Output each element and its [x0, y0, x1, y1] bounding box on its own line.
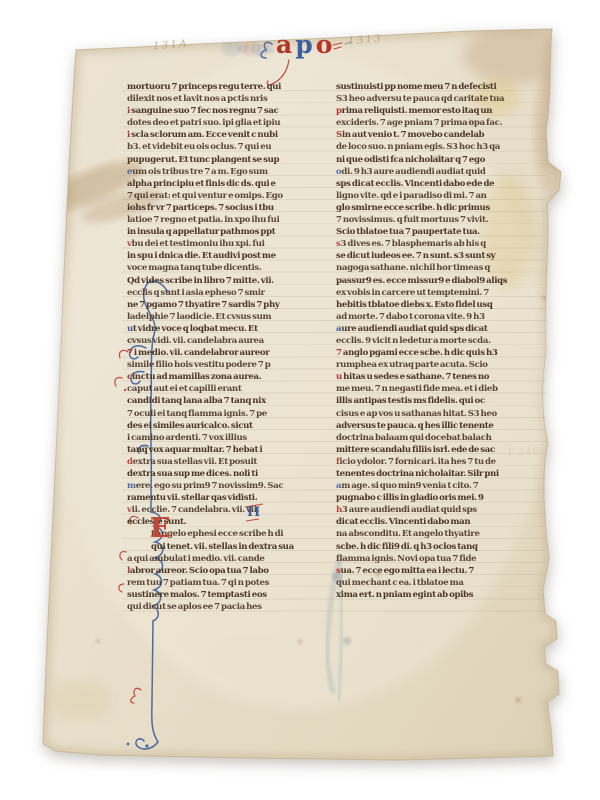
text-line: xima ert. n pniam egint ab opibs — [336, 589, 528, 601]
text-line: hebitis tblatoe diebs x. Esto fidel usq — [336, 299, 528, 311]
text-line: des ei similes auricalco. sicut — [127, 420, 331, 432]
text-line: mortuoru 7 princeps regu terre. qui — [127, 81, 331, 93]
text-line: labror aureor. Scio opa tua 7 labo — [127, 565, 331, 577]
text-line: passur9 es. ecce missur9 e diabol9 aliqs — [336, 275, 528, 287]
text-line: scbe. h dic fili9 di. q h3 oclos tanq — [336, 541, 528, 553]
text-line: ex vobis in carcere ut temptemini. 7 — [336, 287, 528, 299]
header-letter: p — [295, 30, 312, 60]
text-line: b3. et videbit eu ois oclus. 7 qui eu — [127, 141, 331, 153]
text-line: sustinuisti pp nome meu 7 n defecisti — [336, 81, 528, 93]
text-column-right: sustinuisti pp nome meu 7 n defecistiS3 … — [336, 81, 528, 601]
text-line: qui dicut se aplos ee 7 pacia hes — [127, 601, 331, 613]
text-line: dilexit nos et lavit nos a pctis nris — [127, 93, 331, 105]
folio-inscription: F 146 — [508, 446, 540, 457]
chapter-numeral: II — [247, 505, 261, 520]
text-line: 7 qui erat: et qui ventur e omips. Ego — [127, 190, 331, 202]
text-line: i scla sclorum am. Ecce venit c nubi — [127, 129, 331, 141]
text-line: nagoga sathane. nichil hor timeas q — [336, 262, 528, 274]
text-line: rem tuu 7 patiam tua. 7 qi n potes — [127, 577, 331, 589]
text-line: ne 7 pgamo 7 thyatire 7 sardis 7 phy — [127, 299, 331, 311]
header-showthrough-text: apo — [216, 38, 274, 60]
text-line: Qd vides scribe in libro 7 mitte. vii. — [127, 275, 331, 287]
text-line: flamma ignis. Novi opa tua 7 fide — [336, 553, 528, 565]
text-line: dotes deo et patri suo. ipi glia et ipiu — [127, 117, 331, 129]
text-line: tanq vox aquar multar. 7 hebat i — [127, 444, 331, 456]
text-line: s3 dives es. 7 blasphemaris ab his q — [336, 238, 528, 250]
text-line: i camino ardenti. 7 vox illius — [127, 432, 331, 444]
running-header: apo — [276, 30, 332, 60]
text-line: S3 heo adversu te pauca qd caritate tua — [336, 93, 528, 105]
text-line: ecclis q sunt i asia epheso 7 smir — [127, 287, 331, 299]
text-line: pugnabo c illis in gladio oris mei. 9 — [336, 492, 528, 504]
text-line: 7 novissimus. q fuit mortuus 7 vivit. — [336, 214, 528, 226]
text-line: doctrina balaam qui docebat balach — [336, 432, 528, 444]
text-line: me meu. 7 n negasti fide mea. et i dieb — [336, 383, 528, 395]
text-line: in insula q appellatur pathmos ppt — [127, 226, 331, 238]
text-line: h3 aure audiendi audiat quid sps — [336, 504, 528, 516]
text-line: dicat ecclis. Vincenti dabo man — [336, 516, 528, 528]
text-line: ut vidre voce q loqbat mecu. Et — [127, 323, 331, 335]
text-line: u hitas u sedes e sathane. 7 tenes no — [336, 371, 528, 383]
text-line: Sin aut venio t. 7 movebo candelab — [336, 129, 528, 141]
text-line: vbu dei et testimoniu ihu xpi. fui — [127, 238, 331, 250]
text-line: am age. si quo min9 venia t cito. 7 — [336, 480, 528, 492]
text-line: tenentes doctrina nicholaitar. Silr pni — [336, 468, 528, 480]
text-line: sustinere malos. 7 temptasti eos — [127, 589, 331, 601]
text-line: caput aut ei et capilli erant — [127, 383, 331, 395]
text-line: glo smirne ecce scribe. h dic primus — [336, 202, 528, 214]
header-letter: a — [276, 30, 292, 60]
text-line: 7 oculi ei tanq flamma ignis. 7 pe — [127, 408, 331, 420]
text-line: in spu i dnica die. Et audivi post me — [127, 250, 331, 262]
text-line: Scio tblatoe tua 7 paupertate tua. — [336, 226, 528, 238]
text-line: de loco suo. n pniam egis. S3 hoc h3 qa — [336, 141, 528, 153]
text-line: excideris. 7 age pniam 7 prima opa fac. — [336, 117, 528, 129]
text-line: ecclis. 9 vicit n ledetur a morte scda. — [336, 335, 528, 347]
text-line: cisus e ap vos u sathanas hitat. S3 heo — [336, 408, 528, 420]
text-line: sps dicat ecclis. Vincenti dabo ede de — [336, 178, 528, 190]
text-line: ramentu vii. stellar qas vidisti. — [127, 492, 331, 504]
text-line: ficio ydolor. 7 fornicari. ita hes 7 tu … — [336, 456, 528, 468]
text-line: mittere scandalu filiis isrl. ede de sac — [336, 444, 528, 456]
text-line: simile filio hois vestitu podere 7 p — [127, 359, 331, 371]
header-left-mark: 131A — [153, 38, 189, 52]
text-line: eum ois tribus tre 7 a m. Ego sum — [127, 166, 331, 178]
text-line: voce magna tanq tube dicentis. — [127, 262, 331, 274]
photograph: apo 131A 1313 apo mortuoru 7 princeps re… — [0, 0, 600, 800]
text-line: pupugerut. Et tunc plangent se sup — [127, 154, 331, 166]
text-line: cinctu ad mamillas zona aurea. — [127, 371, 331, 383]
text-line: alpha principiu et finis dic ds. qui e — [127, 178, 331, 190]
text-line: ladelphie 7 laodicie. Et cvsus sum — [127, 311, 331, 323]
header-letter: o — [316, 30, 333, 60]
text-line: a qui ambulat i medio. vii. cande — [127, 553, 331, 565]
text-line: illis antipas testis ms fidelis. qui oc — [336, 395, 528, 407]
text-line: ad morte. 7 dabo t corona vite. 9 h3 — [336, 311, 528, 323]
text-line: prima reliquisti. memor esto itaq un — [336, 105, 528, 117]
text-line: sua. 7 ecce ego mitta ea i lectu. 7 — [336, 565, 528, 577]
text-line: 7 i medio. vii. candelabror aureor — [127, 347, 331, 359]
text-line: ni que odisti fca nicholaitar q 7 ego — [336, 154, 528, 166]
text-line: dextra sua stellas vii. Et posuit — [127, 456, 331, 468]
text-line: aure audiendi audiat quid sps dicat — [336, 323, 528, 335]
text-line: mere. ego su prim9 7 novissim9. Sac — [127, 480, 331, 492]
text-line: odi. 9 h3 aure audiendi audiat quid — [336, 166, 528, 178]
text-line: dextra sua sup me dices. noli ti — [127, 468, 331, 480]
decorated-initial: E — [150, 516, 171, 542]
text-line: rumphea ex utraq parte acuta. Scio — [336, 359, 528, 371]
text-line: adversus te pauca. q hes illic tenente — [336, 420, 528, 432]
text-line: candidi tanq lana alba 7 tanq nix — [127, 395, 331, 407]
text-line: se dicut iudeos ee. 7 n sunt. s3 sunt sy — [336, 250, 528, 262]
text-line: i sanguine suo 7 fec nos regnu 7 sac — [127, 105, 331, 117]
text-line: ligno vite. qd e i paradiso di mi. 7 an — [336, 190, 528, 202]
text-line: na absconditu. Et angelo thyatire — [336, 528, 528, 540]
text-line: cvsus vidi. vii. candelabra aurea — [127, 335, 331, 347]
header-right-mark: 1313 — [348, 33, 384, 48]
text-line: qui mechant c ea. i tblatoe ma — [336, 577, 528, 589]
text-line: iohs fr vr 7 particeps. 7 socius i tbu — [127, 202, 331, 214]
text-line: latioe 7 regno et patia. in xpo ihu fui — [127, 214, 331, 226]
text-line: 7 anglo pgami ecce scbe. h dic quis h3 — [336, 347, 528, 359]
